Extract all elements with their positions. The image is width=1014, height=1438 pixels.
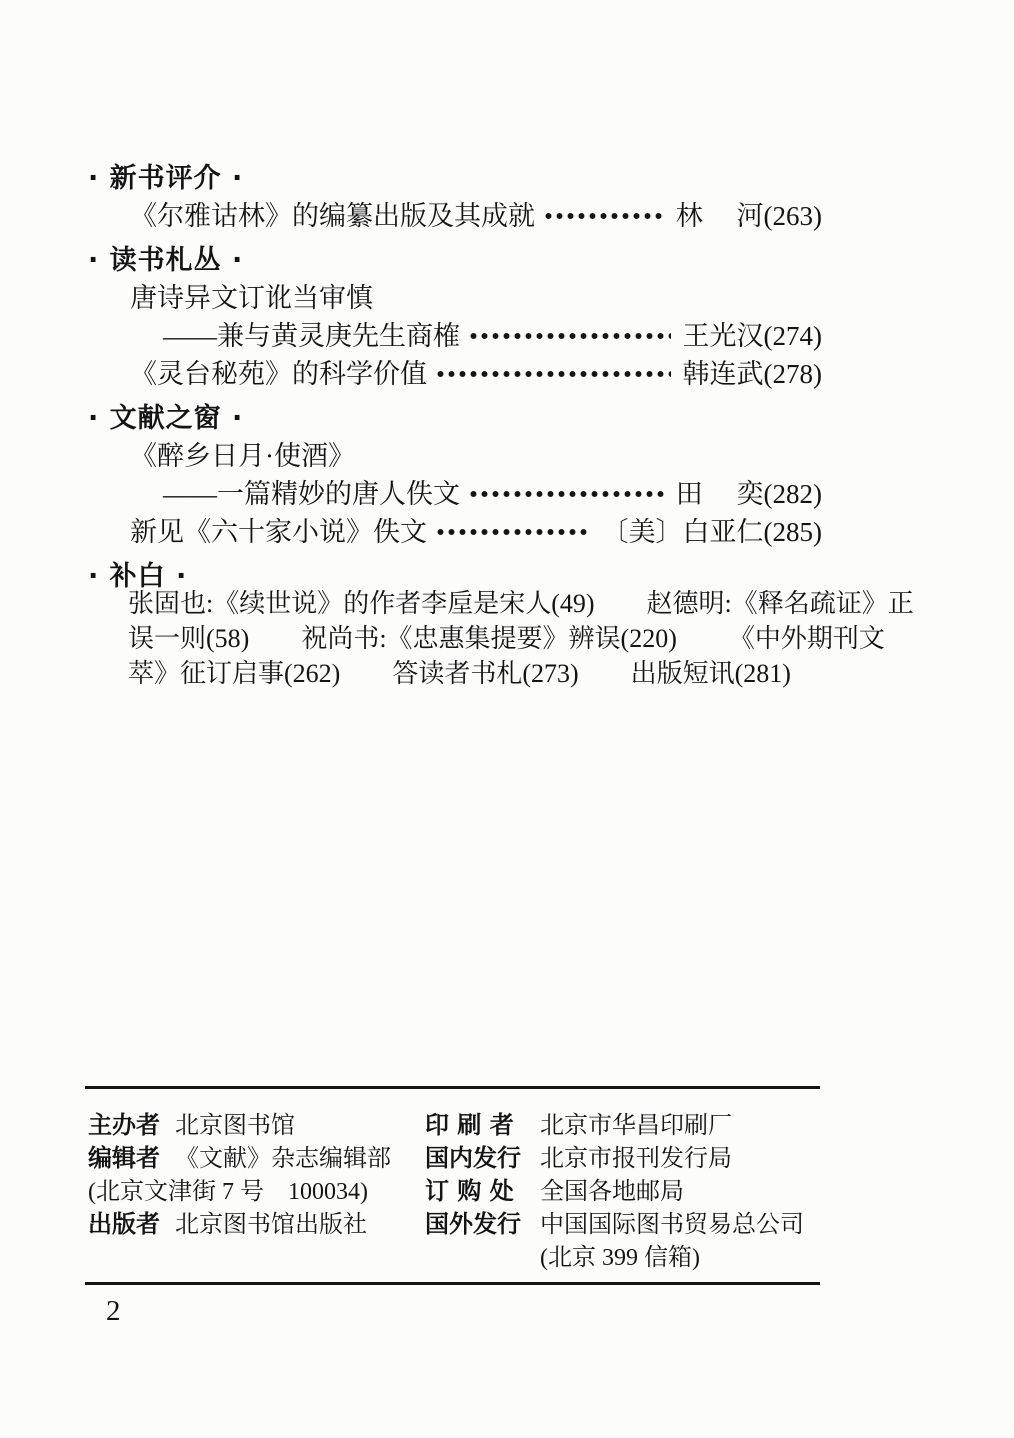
- filler-line: 张固也:《续世说》的作者李垕是宋人(49) 赵德明:《释名疏证》正: [128, 586, 822, 621]
- imprint-row-subscription-office: 订 购 处 全国各地邮局: [425, 1172, 823, 1205]
- toc-entry: 《灵台秘苑》的科学价值 韩连武(278): [88, 352, 822, 390]
- toc-section-header-reading-notes: · 读书札丛 ·: [88, 238, 822, 276]
- toc-entry-subtitle: ——一篇精妙的唐人佚文 田 奕(282): [88, 472, 822, 510]
- imprint-row-domestic-distribution: 国内发行 北京市报刊发行局: [425, 1139, 823, 1172]
- dot-leader: [468, 489, 664, 499]
- toc-entry: 新见《六十家小说》佚文 〔美〕白亚仁(285): [88, 510, 822, 548]
- toc-entry-author-page: 王光汉(274): [683, 314, 822, 353]
- imprint-row-printer: 印 刷 者 北京市华昌印刷厂: [425, 1106, 823, 1139]
- imprint-label: 订 购 处: [425, 1171, 540, 1206]
- imprint-left-column: 主办者 北京图书馆 编辑者 《文献》杂志编辑部 (北京文津街 7 号 10003…: [88, 1106, 418, 1238]
- toc-section-header-document-window: · 文献之窗 ·: [88, 396, 822, 434]
- toc-entry-title: 《灵台秘苑》的科学价值: [130, 352, 427, 391]
- dot-leader: [468, 331, 671, 341]
- toc-entry: 唐诗异文订讹当审慎: [88, 276, 822, 314]
- toc-section-title: · 读书札丛 ·: [88, 238, 243, 277]
- imprint-label: 国内发行: [425, 1138, 540, 1173]
- imprint-top-divider: [85, 1086, 820, 1089]
- filler-notes-paragraph: 张固也:《续世说》的作者李垕是宋人(49) 赵德明:《释名疏证》正 误一则(58…: [88, 586, 822, 691]
- filler-line: 萃》征订启事(262) 答读者书札(273) 出版短讯(281): [128, 656, 822, 691]
- imprint-row-overseas-distribution: 国外发行 中国国际图书贸易总公司: [425, 1205, 823, 1238]
- toc-entry-title: ——兼与黄灵庚先生商榷: [163, 314, 460, 353]
- imprint-label: 国外发行: [425, 1204, 540, 1239]
- imprint-row-editor: 编辑者 《文献》杂志编辑部: [88, 1139, 418, 1172]
- toc-section-title: · 新书评介 ·: [88, 156, 243, 195]
- imprint-row-organizer: 主办者 北京图书馆: [88, 1106, 418, 1139]
- dot-leader: [543, 211, 664, 221]
- imprint-value: (北京文津街 7 号 100034): [88, 1171, 368, 1206]
- toc-entry-author-page: 韩连武(278): [683, 352, 822, 391]
- imprint-value: 北京图书馆: [175, 1105, 295, 1140]
- imprint-row-po-box: (北京 399 信箱): [425, 1238, 823, 1271]
- toc-entry-subtitle: ——兼与黄灵庚先生商榷 王光汉(274): [88, 314, 822, 352]
- imprint-value: 全国各地邮局: [540, 1171, 684, 1206]
- toc-section-title: · 文献之窗 ·: [88, 396, 243, 435]
- imprint-bottom-divider: [85, 1282, 820, 1285]
- toc-section-header-book-reviews: · 新书评介 ·: [88, 156, 822, 194]
- toc-entry-title: ——一篇精妙的唐人佚文: [163, 472, 460, 511]
- imprint-label: 主办者: [88, 1105, 175, 1140]
- imprint-value: 《文献》杂志编辑部: [175, 1138, 391, 1173]
- toc-entry-author-page: 田 奕(282): [676, 472, 822, 511]
- imprint-row-address: (北京文津街 7 号 100034): [88, 1172, 418, 1205]
- imprint-value: 北京市报刊发行局: [540, 1138, 732, 1173]
- toc-entry-title: 唐诗异文订讹当审慎: [130, 276, 373, 315]
- imprint-label: 出版者: [88, 1204, 175, 1239]
- toc-entry-title: 新见《六十家小说》佚文: [130, 510, 427, 549]
- toc-entry: 《尔雅诂林》的编纂出版及其成就 林 河(263): [88, 194, 822, 232]
- toc-entry-author-page: 林 河(263): [676, 194, 822, 233]
- imprint-right-column: 印 刷 者 北京市华昌印刷厂 国内发行 北京市报刊发行局 订 购 处 全国各地邮…: [425, 1106, 823, 1271]
- imprint-label: 编辑者: [88, 1138, 175, 1173]
- filler-line: 误一则(58) 祝尚书:《忠惠集提要》辨误(220) 《中外期刊文: [128, 621, 822, 656]
- imprint-value: 中国国际图书贸易总公司: [540, 1204, 804, 1239]
- dot-leader: [435, 369, 671, 379]
- imprint-value: 北京图书馆出版社: [175, 1204, 367, 1239]
- page-number: 2: [106, 1295, 121, 1328]
- imprint-label: 印 刷 者: [425, 1105, 540, 1140]
- imprint-value: 北京市华昌印刷厂: [540, 1105, 732, 1140]
- dot-leader: [435, 527, 590, 537]
- scanned-journal-contents-page: · 新书评介 · 《尔雅诂林》的编纂出版及其成就 林 河(263) · 读书札丛…: [0, 0, 1014, 1438]
- imprint-row-publisher: 出版者 北京图书馆出版社: [88, 1205, 418, 1238]
- toc-entry-title: 《尔雅诂林》的编纂出版及其成就: [130, 194, 535, 233]
- toc-entry-title: 《醉乡日月·使酒》: [130, 434, 355, 473]
- table-of-contents: · 新书评介 · 《尔雅诂林》的编纂出版及其成就 林 河(263) · 读书札丛…: [88, 156, 822, 691]
- imprint-value: (北京 399 信箱): [540, 1237, 700, 1272]
- toc-entry-author-page: 〔美〕白亚仁(285): [602, 510, 822, 549]
- toc-entry: 《醉乡日月·使酒》: [88, 434, 822, 472]
